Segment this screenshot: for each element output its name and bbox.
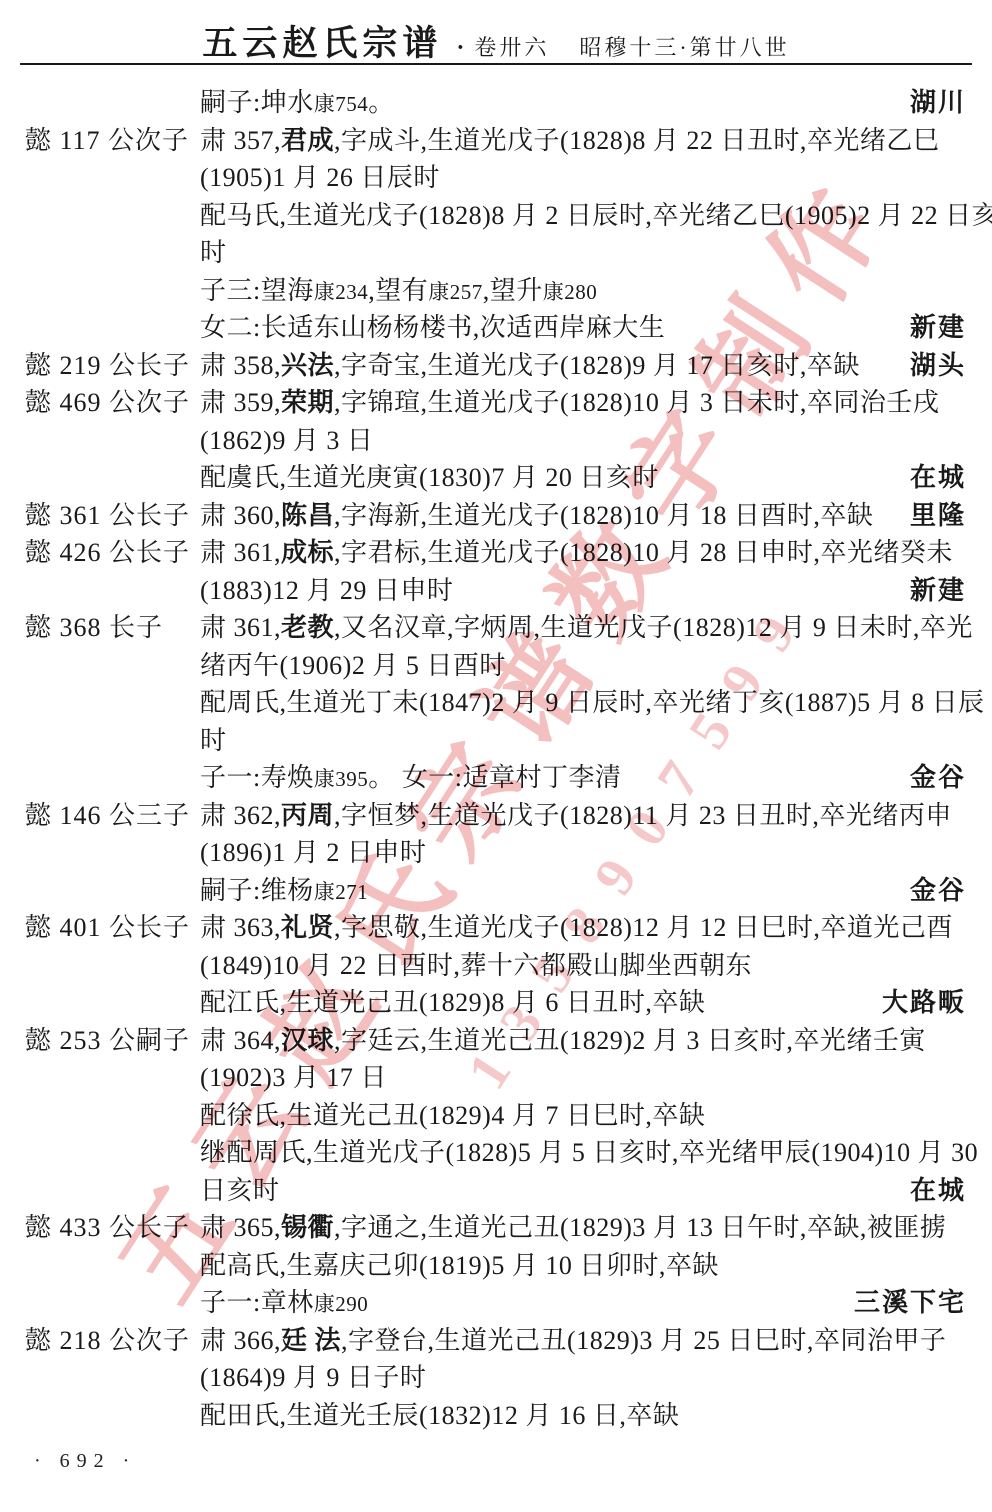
entry-generation-label: 懿 146 公三子 (25, 797, 190, 835)
entry-row: 懿 469 公次子肃 359,荣期,字锦瑄,生道光戊子(1828)10 月 3 … (0, 384, 992, 422)
entry-text: 肃 359,荣期,字锦瑄,生道光戊子(1828)10 月 3 日未时,卒同治壬戌 (200, 384, 939, 422)
entry-row: (1862)9 月 3 日 (0, 422, 992, 460)
entry-generation-label: 懿 433 公长子 (25, 1209, 190, 1247)
entry-generation-label: 懿 218 公次子 (25, 1322, 190, 1360)
page-number: · 692 · (34, 1450, 136, 1473)
volume-label: 卷卅六 (474, 31, 549, 62)
entry-row: 嗣子:坤水康754。湖川 (0, 84, 992, 122)
entry-row: 懿 368 长子肃 361,老教,又名汉章,字炳周,生道光戊子(1828)12 … (0, 609, 992, 647)
entry-text: 肃 363,礼贤,字思敬,生道光戊子(1828)12 月 12 日巳时,卒道光己… (200, 909, 953, 947)
entry-row: 懿 401 公长子肃 363,礼贤,字思敬,生道光戊子(1828)12 月 12… (0, 909, 992, 947)
entry-row: 配高氏,生嘉庆己卯(1819)5 月 10 日卯时,卒缺 (0, 1247, 992, 1285)
entry-row: 子一:寿焕康395。 女一:适章村丁李清金谷 (0, 759, 992, 797)
entry-generation-label: 懿 401 公长子 (25, 909, 190, 947)
entry-row: (1905)1 月 26 日辰时 (0, 159, 992, 197)
entry-generation-label: 懿 253 公嗣子 (25, 1022, 190, 1060)
entry-row: 懿 426 公长子肃 361,成标,字君标,生道光戊子(1828)10 月 28… (0, 534, 992, 572)
entry-place: 三溪下宅 (854, 1284, 966, 1322)
entry-text: (1862)9 月 3 日 (200, 422, 373, 460)
entry-text: 配徐氏,生道光己丑(1829)4 月 7 日巳时,卒缺 (200, 1097, 705, 1135)
entry-row: 懿 218 公次子肃 366,廷 法,字登台,生道光己丑(1829)3 月 25… (0, 1322, 992, 1360)
entry-text: 子一:章林康290 (200, 1284, 368, 1324)
entry-text: 女二:长适东山杨杨楼书,次适西岸麻大生 (200, 309, 665, 347)
entry-row: 日亥时在城 (0, 1172, 992, 1210)
entry-text: 配田氏,生道光壬辰(1832)12 月 16 日,卒缺 (200, 1397, 679, 1435)
entry-text: 配马氏,生道光戊子(1828)8 月 2 日辰时,卒光绪乙巳(1905)2 月 … (200, 197, 992, 235)
entry-row: 配周氏,生道光丁未(1847)2 月 9 日辰时,卒光绪丁亥(1887)5 月 … (0, 684, 992, 722)
entry-text: 时 (200, 722, 227, 760)
entry-place: 湖川 (910, 84, 966, 122)
entry-text: 配高氏,生嘉庆己卯(1819)5 月 10 日卯时,卒缺 (200, 1247, 719, 1285)
entry-text: (1864)9 月 9 日子时 (200, 1359, 426, 1397)
entry-text: 继配周氏,生道光戊子(1828)5 月 5 日亥时,卒光绪甲辰(1904)10 … (200, 1134, 978, 1172)
entry-text: 嗣子:坤水康754。 (200, 84, 395, 124)
entry-text: 肃 361,成标,字君标,生道光戊子(1828)10 月 28 日申时,卒光绪癸… (200, 534, 953, 572)
entry-row: 配江氏,生道光己丑(1829)8 月 6 日丑时,卒缺大路畈 (0, 984, 992, 1022)
entry-text: (1902)3 月 17 日 (200, 1059, 387, 1097)
entry-row: 懿 361 公长子肃 360,陈昌,字海新,生道光戊子(1828)10 月 18… (0, 497, 992, 535)
entry-row: 子一:章林康290三溪下宅 (0, 1284, 992, 1322)
entry-row: (1902)3 月 17 日 (0, 1059, 992, 1097)
entry-row: 女二:长适东山杨杨楼书,次适西岸麻大生新建 (0, 309, 992, 347)
entry-text: 绪丙午(1906)2 月 5 日酉时 (200, 647, 506, 685)
entry-text: 肃 364,汉球,字廷云,生道光己丑(1829)2 月 3 日亥时,卒光绪壬寅 (200, 1022, 926, 1060)
entry-row: (1883)12 月 29 日申时新建 (0, 572, 992, 610)
entry-row: 配马氏,生道光戊子(1828)8 月 2 日辰时,卒光绪乙巳(1905)2 月 … (0, 197, 992, 235)
entry-text: 配江氏,生道光己丑(1829)8 月 6 日丑时,卒缺 (200, 984, 705, 1022)
entry-place: 湖头 (910, 347, 966, 385)
entry-text: 日亥时 (200, 1172, 280, 1210)
entry-text: (1883)12 月 29 日申时 (200, 572, 453, 610)
entry-text: 肃 357,君成,字成斗,生道光戊子(1828)8 月 22 日丑时,卒光绪乙巳 (200, 122, 939, 160)
entry-row: 嗣子:维杨康271金谷 (0, 872, 992, 910)
entry-generation-label: 懿 368 长子 (25, 609, 163, 647)
entry-row: (1896)1 月 2 日申时 (0, 834, 992, 872)
entry-text: 肃 366,廷 法,字登台,生道光己丑(1829)3 月 25 日巳时,卒同治甲… (200, 1322, 946, 1360)
entry-row: 配虞氏,生道光庚寅(1830)7 月 20 日亥时在城 (0, 459, 992, 497)
entries-list: 嗣子:坤水康754。湖川懿 117 公次子肃 357,君成,字成斗,生道光戊子(… (0, 84, 992, 1434)
entry-place: 金谷 (910, 872, 966, 910)
entry-text: 配周氏,生道光丁未(1847)2 月 9 日辰时,卒光绪丁亥(1887)5 月 … (200, 684, 985, 722)
entry-text: 肃 361,老教,又名汉章,字炳周,生道光戊子(1828)12 月 9 日未时,… (200, 609, 973, 647)
entry-text: 肃 360,陈昌,字海新,生道光戊子(1828)10 月 18 日酉时,卒缺 (200, 497, 873, 535)
entry-row: 懿 146 公三子肃 362,丙周,字恒梦,生道光戊子(1828)11 月 23… (0, 797, 992, 835)
title-separator-dot: · (456, 35, 464, 62)
page-header: 五云赵氏宗谱 · 卷卅六 昭穆十三·第廿八世 (0, 16, 992, 66)
entry-row: 继配周氏,生道光戊子(1828)5 月 5 日亥时,卒光绪甲辰(1904)10 … (0, 1134, 992, 1172)
entry-row: 懿 433 公长子肃 365,锡衢,字通之,生道光己丑(1829)3 月 13 … (0, 1209, 992, 1247)
entry-place: 新建 (910, 572, 966, 610)
entry-row: 配田氏,生道光壬辰(1832)12 月 16 日,卒缺 (0, 1397, 992, 1435)
entry-place: 里隆 (910, 497, 966, 535)
entry-text: (1896)1 月 2 日申时 (200, 834, 426, 872)
entry-row: (1849)10 月 22 日酉时,葬十六都殿山脚坐西朝东 (0, 947, 992, 985)
entry-row: 子三:望海康234,望有康257,望升康280 (0, 272, 992, 310)
entry-row: 懿 219 公长子肃 358,兴法,字奇宝,生道光戊子(1828)9 月 17 … (0, 347, 992, 385)
entry-place: 大路畈 (882, 984, 966, 1022)
entry-text: 子一:寿焕康395。 女一:适章村丁李清 (200, 759, 621, 799)
entry-generation-label: 懿 219 公长子 (25, 347, 190, 385)
entry-text: 配虞氏,生道光庚寅(1830)7 月 20 日亥时 (200, 459, 659, 497)
entry-place: 金谷 (910, 759, 966, 797)
entry-place: 在城 (910, 1172, 966, 1210)
entry-text: (1849)10 月 22 日酉时,葬十六都殿山脚坐西朝东 (200, 947, 752, 985)
entry-generation-label: 懿 426 公长子 (25, 534, 190, 572)
entry-row: 时 (0, 234, 992, 272)
entry-row: 懿 253 公嗣子肃 364,汉球,字廷云,生道光己丑(1829)2 月 3 日… (0, 1022, 992, 1060)
entry-generation-label: 懿 117 公次子 (25, 122, 189, 160)
book-title: 五云赵氏宗谱 (202, 16, 442, 66)
entry-generation-label: 懿 469 公次子 (25, 384, 190, 422)
entry-text: 时 (200, 234, 227, 272)
entry-row: 时 (0, 722, 992, 760)
entry-text: 肃 362,丙周,字恒梦,生道光戊子(1828)11 月 23 日丑时,卒光绪丙… (200, 797, 952, 835)
entry-text: 子三:望海康234,望有康257,望升康280 (200, 272, 597, 312)
entry-row: (1864)9 月 9 日子时 (0, 1359, 992, 1397)
entry-place: 新建 (910, 309, 966, 347)
entry-row: 懿 117 公次子肃 357,君成,字成斗,生道光戊子(1828)8 月 22 … (0, 122, 992, 160)
genealogy-page: 五云赵氏宗谱 · 卷卅六 昭穆十三·第廿八世 嗣子:坤水康754。湖川懿 117… (0, 0, 992, 1512)
entry-generation-label: 懿 361 公长子 (25, 497, 190, 535)
entry-text: 肃 358,兴法,字奇宝,生道光戊子(1828)9 月 17 日亥时,卒缺 (200, 347, 860, 385)
entry-row: 配徐氏,生道光己丑(1829)4 月 7 日巳时,卒缺 (0, 1097, 992, 1135)
entry-text: 嗣子:维杨康271 (200, 872, 368, 912)
entry-text: 肃 365,锡衢,字通之,生道光己丑(1829)3 月 13 日午时,卒缺,被匪… (200, 1209, 946, 1247)
header-divider (20, 63, 972, 65)
section-label: 昭穆十三·第廿八世 (579, 31, 789, 62)
entry-text: (1905)1 月 26 日辰时 (200, 159, 440, 197)
entry-row: 绪丙午(1906)2 月 5 日酉时 (0, 647, 992, 685)
entry-place: 在城 (910, 459, 966, 497)
